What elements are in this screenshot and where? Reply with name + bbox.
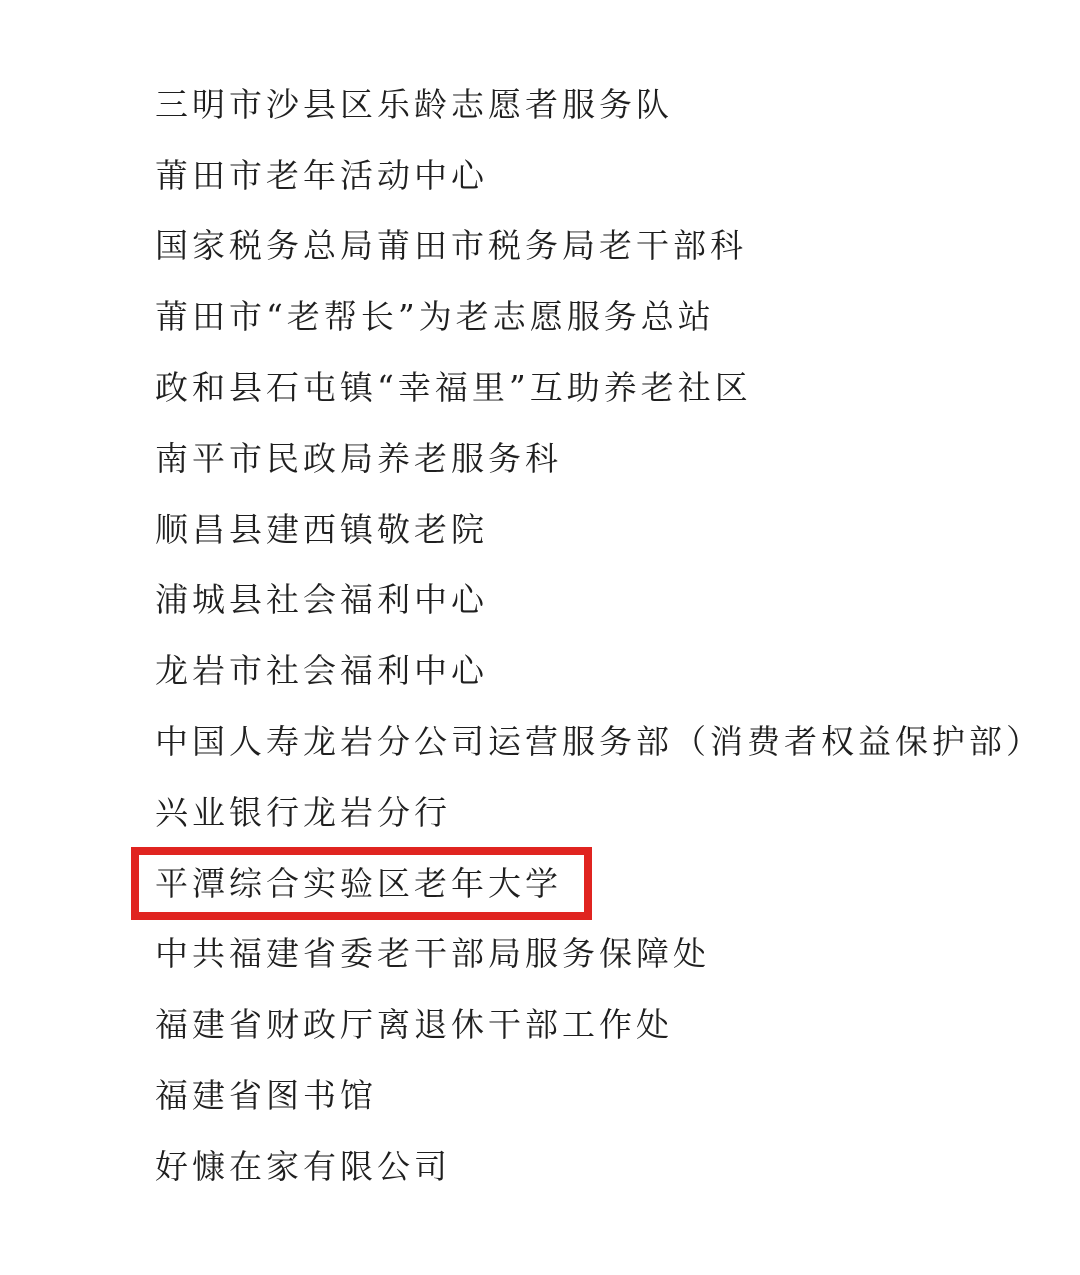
- org-list-item: 三明市沙县区乐龄志愿者服务队: [155, 69, 1080, 140]
- org-name: 政和县石屯镇“幸福里”互助养老社区: [155, 371, 752, 404]
- org-list-item: 好慷在家有限公司: [155, 1131, 1080, 1202]
- org-list-item: 中共福建省委老干部局服务保障处: [155, 919, 1080, 990]
- org-list-item: 福建省图书馆: [155, 1060, 1080, 1131]
- org-name: 三明市沙县区乐龄志愿者服务队: [155, 88, 673, 121]
- org-list-item: 中国人寿龙岩分公司运营服务部（消费者权益保护部）: [155, 706, 1080, 777]
- org-list-item: 莆田市“老帮长”为老志愿服务总站: [155, 281, 1080, 352]
- org-name: 莆田市老年活动中心: [155, 159, 488, 192]
- org-list-item: 兴业银行龙岩分行: [155, 777, 1080, 848]
- org-name: 福建省财政厅离退休干部工作处: [155, 1008, 673, 1041]
- org-list-item: 顺昌县建西镇敬老院: [155, 494, 1080, 565]
- org-list-item: 政和县石屯镇“幸福里”互助养老社区: [155, 352, 1080, 423]
- org-list-item-highlighted: 平潭综合实验区老年大学: [155, 848, 1080, 919]
- org-list-item: 龙岩市社会福利中心: [155, 635, 1080, 706]
- org-name: 南平市民政局养老服务科: [155, 442, 562, 475]
- document-page: 三明市沙县区乐龄志愿者服务队 莆田市老年活动中心 国家税务总局莆田市税务局老干部…: [0, 0, 1080, 1275]
- highlight-box: 平潭综合实验区老年大学: [131, 847, 592, 920]
- org-name: 福建省图书馆: [155, 1079, 377, 1112]
- org-list-item: 福建省财政厅离退休干部工作处: [155, 989, 1080, 1060]
- org-list-item: 南平市民政局养老服务科: [155, 423, 1080, 494]
- org-name: 兴业银行龙岩分行: [155, 796, 451, 829]
- org-list-item: 国家税务总局莆田市税务局老干部科: [155, 211, 1080, 282]
- org-name: 中国人寿龙岩分公司运营服务部（消费者权益保护部）: [155, 725, 1043, 758]
- org-name: 莆田市“老帮长”为老志愿服务总站: [155, 300, 715, 333]
- org-list-item: 浦城县社会福利中心: [155, 565, 1080, 636]
- org-list-item: 莆田市老年活动中心: [155, 140, 1080, 211]
- org-name: 中共福建省委老干部局服务保障处: [155, 937, 710, 970]
- org-name: 国家税务总局莆田市税务局老干部科: [155, 229, 747, 262]
- org-name: 顺昌县建西镇敬老院: [155, 513, 488, 546]
- org-name: 龙岩市社会福利中心: [155, 654, 488, 687]
- org-name: 好慷在家有限公司: [155, 1150, 451, 1183]
- org-name: 浦城县社会福利中心: [155, 583, 488, 616]
